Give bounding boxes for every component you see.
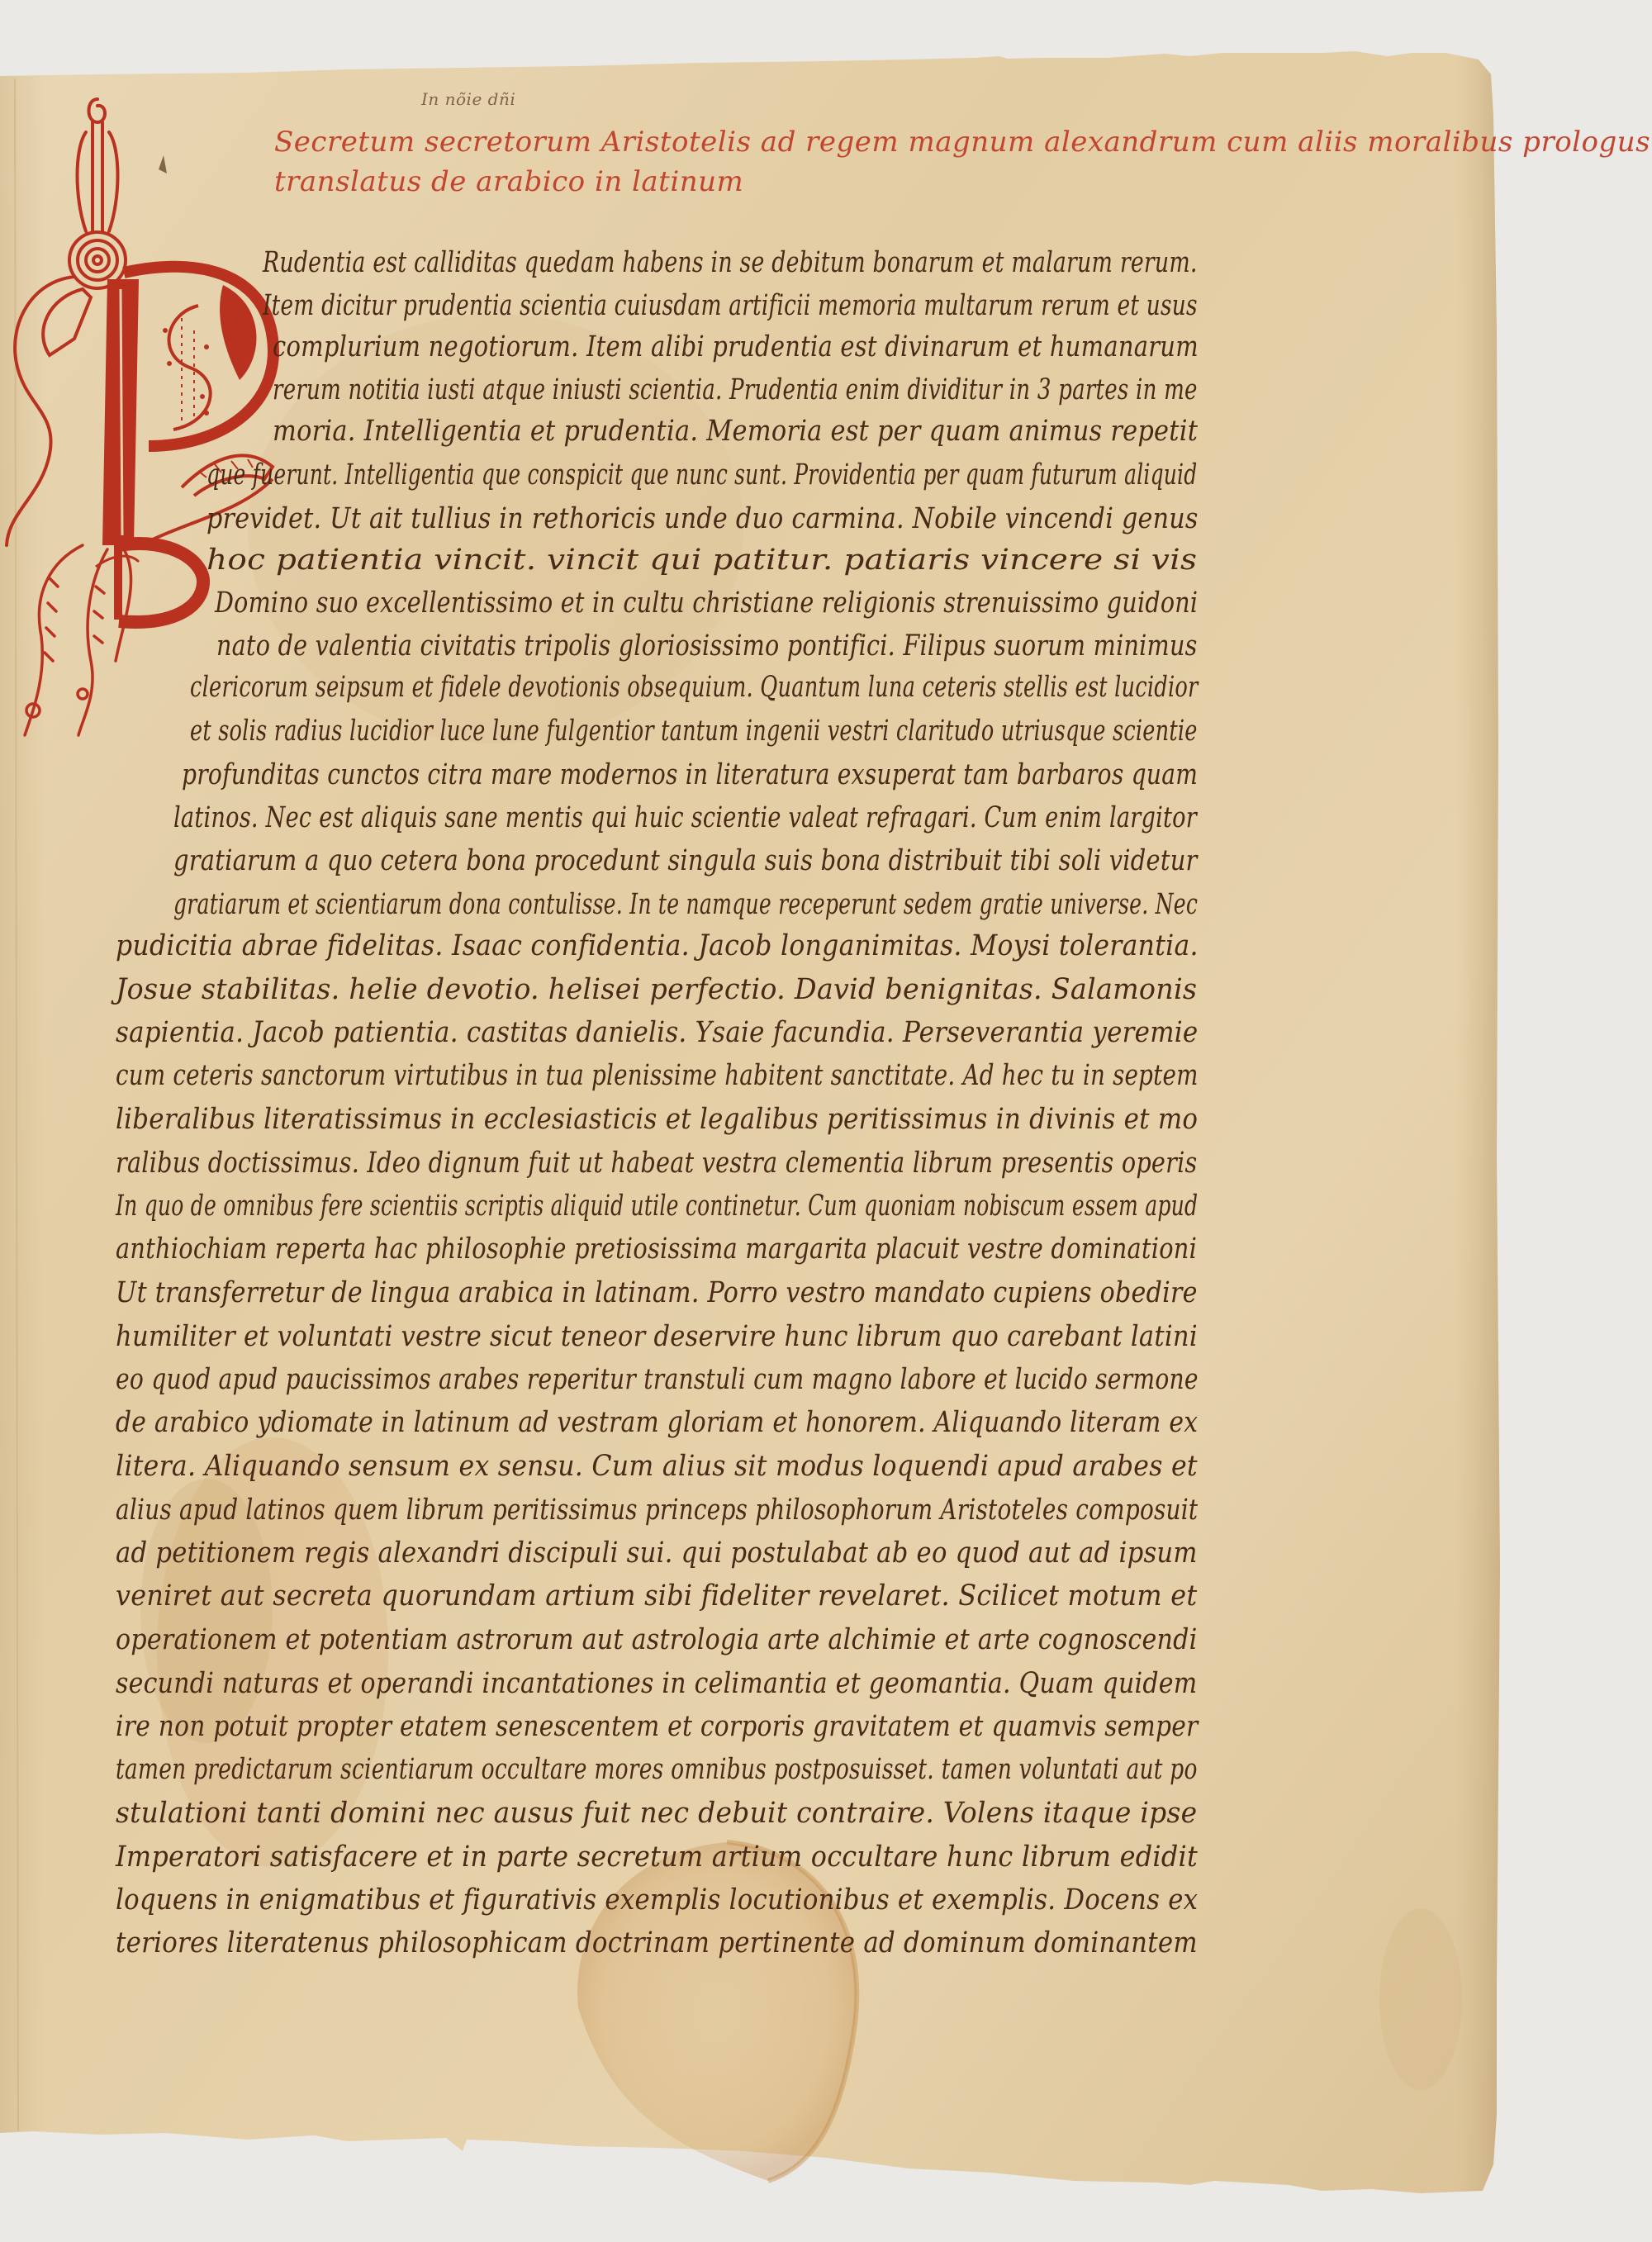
decorated-initial-d xyxy=(89,529,213,636)
text-line: rerum notitia iusti atque iniusti scient… xyxy=(273,373,1198,406)
text-line: Ut transferretur de lingua arabica in la… xyxy=(116,1276,1198,1309)
text-line: de arabico ydiomate in latinum ad vestra… xyxy=(116,1406,1198,1439)
text-line: liberalibus literatissimus in ecclesiast… xyxy=(116,1103,1198,1136)
text-line: cum ceteris sanctorum virtutibus in tua … xyxy=(116,1059,1199,1092)
text-line: operationem et potentiam astrorum aut as… xyxy=(116,1623,1198,1656)
text-line: gratiarum et scientiarum dona contulisse… xyxy=(173,888,1198,921)
text-line: gratiarum a quo cetera bona procedunt si… xyxy=(173,844,1198,877)
text-line: Domino suo excellentissimo et in cultu c… xyxy=(215,587,1198,620)
text-line: secundi naturas et operandi incantatione… xyxy=(116,1667,1197,1700)
text-line: humiliter et voluntati vestre sicut tene… xyxy=(116,1320,1198,1353)
text-line: eo quod apud paucissimos arabes reperitu… xyxy=(116,1363,1199,1396)
text-line: Item dicitur prudentia scientia cuiusdam… xyxy=(263,289,1198,322)
text-line: Imperatori satisfacere et in parte secre… xyxy=(116,1841,1198,1874)
text-line: que fuerunt. Intelligentia que conspicit… xyxy=(206,458,1197,492)
rubric-heading-line-2: translatus de arabico in latinum xyxy=(274,165,743,198)
text-line: tamen predictarum scientiarum occultare … xyxy=(116,1753,1198,1786)
text-line: In quo de omnibus fere scientiis scripti… xyxy=(116,1190,1198,1223)
text-line: hoc patientia vincit. vincit qui patitur… xyxy=(206,544,1197,577)
text-line: loquens in enigmatibus et figurativis ex… xyxy=(116,1883,1198,1917)
text-line: Josue stabilitas. helie devotio. helisei… xyxy=(116,973,1197,1006)
text-line: veniret aut secreta quorundam artium sib… xyxy=(116,1579,1197,1613)
marginal-note: In nõie dñi xyxy=(421,89,515,109)
text-line: litera. Aliquando sensum ex sensu. Cum a… xyxy=(116,1450,1198,1483)
text-line: ralibus doctissimus. Ideo dignum fuit ut… xyxy=(116,1147,1197,1180)
text-line: previdet. Ut ait tullius in rethoricis u… xyxy=(206,502,1199,535)
text-line: nato de valentia civitatis tripolis glor… xyxy=(216,629,1198,663)
text-line: anthiochiam reperta hac philosophie pret… xyxy=(116,1233,1197,1266)
text-line: ad petitionem regis alexandri discipuli … xyxy=(116,1537,1198,1570)
text-line: latinos. Nec est aliquis sane mentis qui… xyxy=(173,801,1197,834)
text-line: alius apud latinos quem librum peritissi… xyxy=(116,1494,1198,1527)
text-line: profunditas cunctos citra mare modernos … xyxy=(182,758,1198,791)
text-line: pudicitia abrae fidelitas. Isaac confide… xyxy=(116,929,1199,962)
text-line: complurium negotiorum. Item alibi pruden… xyxy=(273,330,1199,363)
text-line: clericorum seipsum et fidele devotionis … xyxy=(190,671,1199,704)
text-line: teriores literatenus philosophicam doctr… xyxy=(116,1926,1198,1959)
text-line: sapientia. Jacob patientia. castitas dan… xyxy=(116,1016,1198,1049)
text-line: Rudentia est calliditas quedam habens in… xyxy=(263,246,1198,279)
text-line: moria. Intelligentia et prudentia. Memor… xyxy=(273,415,1198,448)
manuscript-leaf: In nõie dñi Secretum secretorum Aristote… xyxy=(0,0,1652,2242)
text-line: et solis radius lucidior luce lune fulge… xyxy=(190,715,1198,748)
rubric-heading-line-1: Secretum secretorum Aristotelis ad regem… xyxy=(274,126,1650,159)
text-line: stulationi tanti domini nec ausus fuit n… xyxy=(116,1797,1197,1830)
text-line: ire non potuit propter etatem senescente… xyxy=(116,1710,1198,1743)
